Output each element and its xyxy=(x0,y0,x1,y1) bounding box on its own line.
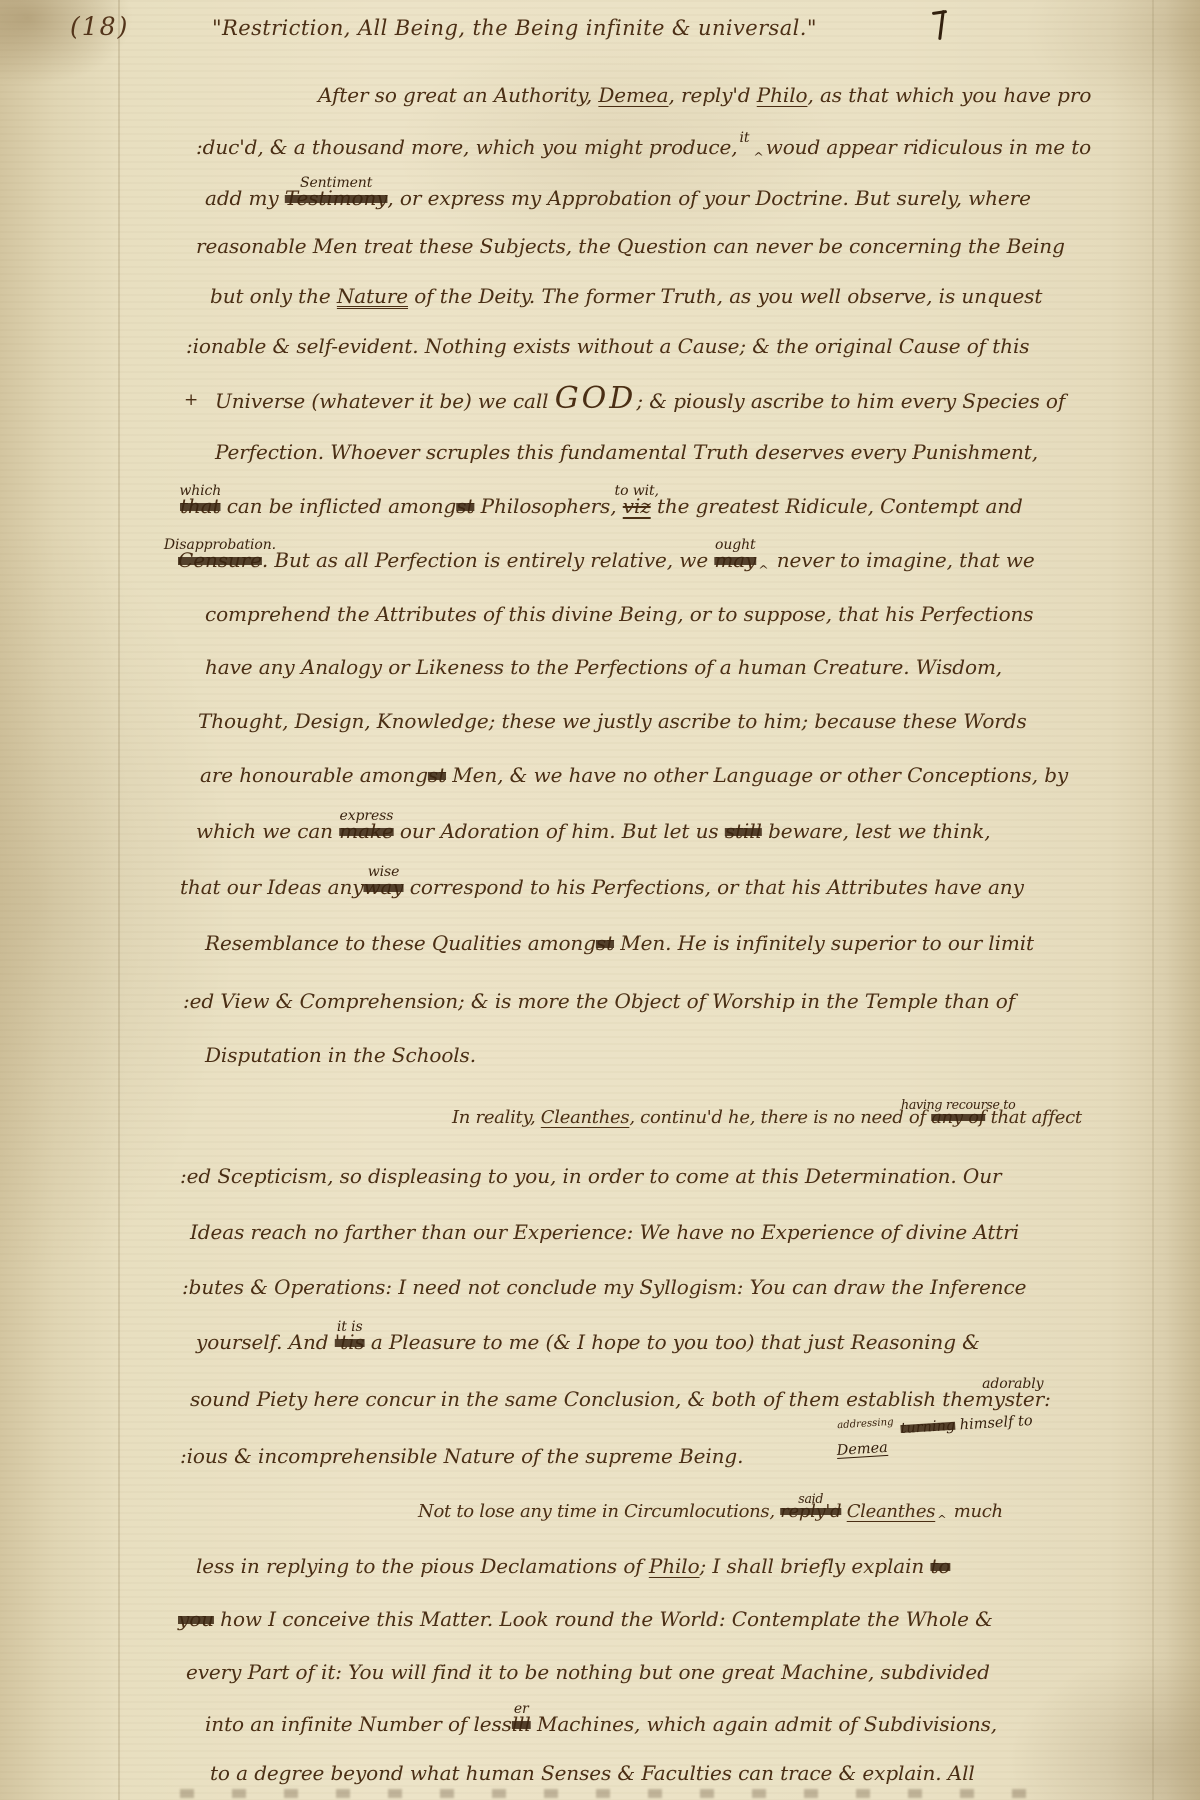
manuscript-line: :duc'd, & a thousand more, which you mig… xyxy=(196,132,1091,165)
cut-off-next-line xyxy=(180,1789,1060,1798)
underlined-word: Demea xyxy=(598,83,668,107)
text-run: of the Deity. The former Truth, as you w… xyxy=(408,284,1042,308)
text-run: to a degree beyond what human Senses & F… xyxy=(210,1761,948,1785)
manuscript-line: Resemblance to these Qualities amongst M… xyxy=(205,928,1034,958)
manuscript-line: :butes & Operations: I need not conclude… xyxy=(182,1272,1026,1302)
text-run: :ionable & self-evident. Nothing exists … xyxy=(186,334,1029,358)
inserted-word: er xyxy=(514,1694,529,1724)
text-run: , reply'd xyxy=(668,83,756,107)
text-run: comprehend the Attributes of this divine… xyxy=(205,602,1033,626)
text-run: ; & piously ascribe to him every Species… xyxy=(636,389,1065,413)
inserted-word: ought xyxy=(715,530,756,560)
struck-word: still xyxy=(725,819,762,843)
text-run: our Adoration of him. But let us xyxy=(394,819,725,843)
struck-word: to xyxy=(930,1554,950,1578)
manuscript-line: but only the Nature of the Deity. The fo… xyxy=(210,281,1042,311)
inserted-word: it xyxy=(740,123,750,153)
text-run: into an infinite Number of less xyxy=(205,1712,512,1736)
text-run: yourself. And xyxy=(196,1330,335,1354)
manuscript-line: :ious & incomprehensible Nature of the s… xyxy=(180,1441,743,1471)
inserted-word: to wit, xyxy=(615,476,659,506)
text-run: have any Analogy or Likeness to the Perf… xyxy=(205,655,1002,679)
underlined-word: Cleanthes xyxy=(541,1107,630,1128)
text-run: the greatest Ridicule, Contempt and xyxy=(651,494,1023,518)
inserted-word: express xyxy=(340,801,394,831)
text-run: In reality, xyxy=(452,1107,541,1128)
manuscript-line: are honourable amongst Men, & we have no… xyxy=(200,760,1068,790)
text-run: Ideas reach no farther than our Experien… xyxy=(190,1220,1019,1244)
inserted-word: which xyxy=(179,476,221,506)
inserted-word: adorably xyxy=(982,1369,1043,1399)
inserted-word: said xyxy=(798,1484,823,1514)
text-run: that our Ideas any xyxy=(180,875,363,899)
manuscript-line: Thought, Design, Knowledge; these we jus… xyxy=(198,706,1027,736)
text-run: Machines, which again admit of Subdivisi… xyxy=(531,1712,997,1736)
inserted-word: wise xyxy=(368,857,400,887)
text-run: correspond to his Perfections, or that h… xyxy=(404,875,1024,899)
text-run: , continu'd he, there is no need of xyxy=(629,1107,931,1128)
manuscript-line: add my SentimentTestimony, or express my… xyxy=(205,183,1031,213)
text-run: :butes & Operations: I need not conclude… xyxy=(182,1275,1026,1299)
manuscript-line: to a degree beyond what human Senses & F… xyxy=(210,1758,975,1788)
text-run: woud appear ridiculous in me to xyxy=(766,135,1091,159)
text-run: are honourable among xyxy=(200,763,428,787)
manuscript-line: In reality, Cleanthes, continu'd he, the… xyxy=(452,1103,1082,1133)
inserted-word: it is xyxy=(337,1312,363,1342)
text-run: sound Piety here concur in the same Conc… xyxy=(190,1387,975,1411)
text-run: Disputation in the Schools. xyxy=(205,1043,476,1067)
text-run: Thought, Design, Knowledge; these we jus… xyxy=(198,709,1027,733)
margin-note-name: Demea xyxy=(836,1440,888,1459)
text-run: . But as all Perfection is entirely rela… xyxy=(262,548,714,572)
manuscript-line: Disputation in the Schools. xyxy=(205,1040,476,1070)
manuscript-line: Ideas reach no farther than our Experien… xyxy=(190,1217,1019,1247)
manuscript-line: whichthat can be inflicted amongst Philo… xyxy=(180,491,1023,521)
caret-mark: ^ xyxy=(758,555,768,585)
manuscript-line: Universe (whatever it be) we call GOD; &… xyxy=(215,384,1065,416)
manuscript-line: into an infinite Number of lesserlll Mac… xyxy=(205,1709,997,1739)
text-run: every Part of it: You will find it to be… xyxy=(186,1660,990,1684)
manuscript-line: Not to lose any time in Circumlocutions,… xyxy=(418,1497,1003,1529)
text-run: All xyxy=(948,1761,975,1785)
manuscript-line: reasonable Men treat these Subjects, the… xyxy=(196,231,1065,261)
text-run: which we can xyxy=(196,819,339,843)
text-run: Men, & we have no other Language or othe… xyxy=(446,763,1068,787)
text-run: never to imagine, that we xyxy=(771,548,1035,572)
text-run: Universe (whatever it be) we call xyxy=(215,389,555,413)
text-run: Philosophers, xyxy=(474,494,622,518)
inserted-word: Sentiment xyxy=(300,168,372,198)
manuscript-line: every Part of it: You will find it to be… xyxy=(186,1657,990,1687)
manuscript-line: that our Ideas anywiseway correspond to … xyxy=(180,872,1024,902)
text-run: :ed Scepticism, so displeasing to you, i… xyxy=(180,1164,1001,1188)
text-run: Perfection. Whoever scruples this fundam… xyxy=(215,440,1038,464)
text-run: less in replying to the pious Declamatio… xyxy=(196,1554,649,1578)
text-run: much xyxy=(948,1501,1003,1522)
text-run: reasonable Men treat these Subjects, the… xyxy=(196,234,1065,258)
text-run: Resemblance to these Qualities among xyxy=(205,931,596,955)
manuscript-line: :ed View & Comprehension; & is more the … xyxy=(183,986,1015,1016)
underlined-word: Nature xyxy=(337,284,408,308)
text-run: beware, lest we think, xyxy=(762,819,991,843)
struck-word: st xyxy=(456,494,474,518)
text-run: , or express my Approbation of your Doct… xyxy=(387,186,1030,210)
margin-note-struck-word: turning xyxy=(900,1418,956,1437)
text-run: Not to lose any time in Circumlocutions, xyxy=(418,1501,780,1522)
text-run: a Pleasure to me (& I hope to you too) t… xyxy=(365,1330,980,1354)
struck-word: st xyxy=(428,763,446,787)
manuscript-line: Perfection. Whoever scruples this fundam… xyxy=(215,437,1038,467)
text-run: GOD xyxy=(555,381,637,416)
underlined-word: Philo xyxy=(757,83,808,107)
manuscript-line: :ionable & self-evident. Nothing exists … xyxy=(186,331,1029,361)
text-run: After so great an Authority, xyxy=(318,83,598,107)
caret-mark: ^ xyxy=(937,1505,946,1535)
manuscript-line: less in replying to the pious Declamatio… xyxy=(196,1551,950,1581)
manuscript-body: After so great an Authority, Demea, repl… xyxy=(0,0,1200,1800)
struck-word: st xyxy=(596,931,614,955)
inserted-word: having recourse to xyxy=(901,1090,1015,1120)
margin-note-rest: himself to xyxy=(955,1413,1033,1434)
manuscript-line: have any Analogy or Likeness to the Perf… xyxy=(205,652,1002,682)
text-run: , as that which you have pro xyxy=(807,83,1091,107)
manuscript-line: :ed Scepticism, so displeasing to you, i… xyxy=(180,1161,1001,1191)
manuscript-line: yourself. And it is'tis a Pleasure to me… xyxy=(196,1327,980,1357)
manuscript-line: sound Piety here concur in the same Conc… xyxy=(190,1384,1051,1414)
caret-mark: ^ xyxy=(753,142,763,172)
text-run: how I conceive this Matter. Look round t… xyxy=(214,1607,993,1631)
text-run: :ed View & Comprehension; & is more the … xyxy=(183,989,1015,1013)
struck-word: you xyxy=(178,1607,214,1631)
inserted-word: Disapprobation. xyxy=(164,530,276,560)
manuscript-line: comprehend the Attributes of this divine… xyxy=(205,599,1033,629)
text-run: but only the xyxy=(210,284,337,308)
text-run: :ious & incomprehensible Nature of the s… xyxy=(180,1444,743,1468)
text-run: add my xyxy=(205,186,285,210)
manuscript-line: Disapprobation.Censure. But as all Perfe… xyxy=(178,545,1035,578)
manuscript-page: (18) "Restriction, All Being, the Being … xyxy=(0,0,1200,1800)
margin-note-inserted-word: addressing xyxy=(837,1414,894,1434)
text-run: ; I shall briefly explain xyxy=(700,1554,931,1578)
text-run: can be inflicted among xyxy=(220,494,456,518)
underlined-word: Philo xyxy=(649,1554,700,1578)
manuscript-line: you how I conceive this Matter. Look rou… xyxy=(178,1604,993,1634)
manuscript-line: After so great an Authority, Demea, repl… xyxy=(318,80,1091,110)
text-run: Men. He is infinitely superior to our li… xyxy=(614,931,1034,955)
underlined-word: Cleanthes xyxy=(847,1501,936,1522)
text-run: :duc'd, & a thousand more, which you mig… xyxy=(196,135,738,159)
manuscript-line: which we can expressmake our Adoration o… xyxy=(196,816,991,846)
